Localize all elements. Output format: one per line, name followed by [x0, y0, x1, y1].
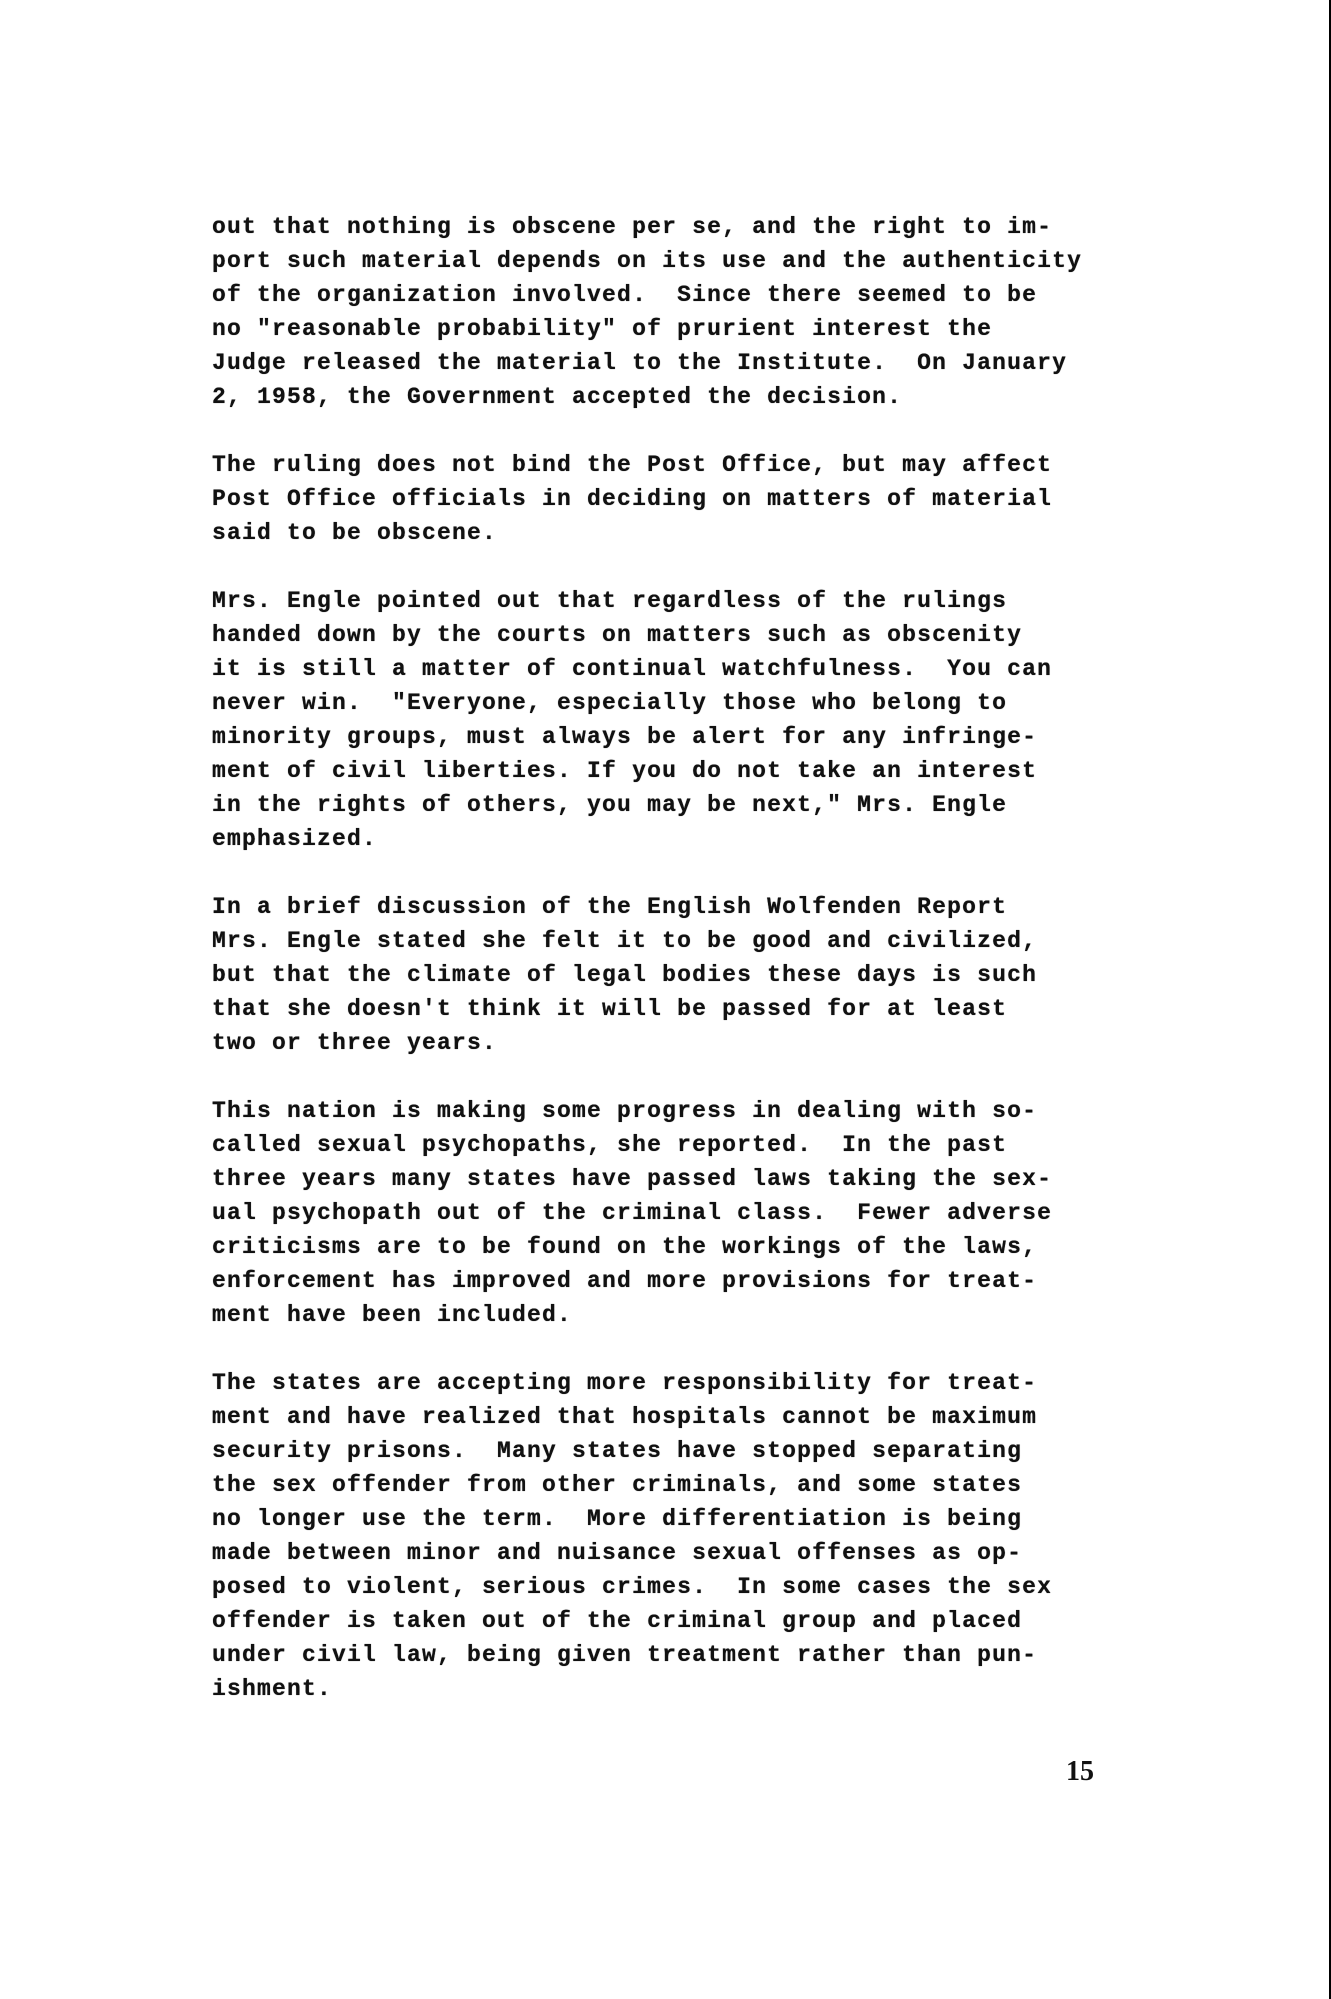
text-line: This nation is making some progress in d… [212, 1094, 1152, 1128]
text-line: ment have been included. [212, 1298, 1152, 1332]
paragraph: The ruling does not bind the Post Office… [212, 448, 1152, 550]
text-line: ment of civil liberties. If you do not t… [212, 754, 1152, 788]
text-line: criticisms are to be found on the workin… [212, 1230, 1152, 1264]
paragraph: In a brief discussion of the English Wol… [212, 890, 1152, 1060]
text-line: The ruling does not bind the Post Office… [212, 448, 1152, 482]
text-line: Post Office officials in deciding on mat… [212, 482, 1152, 516]
body-text: out that nothing is obscene per se, and … [212, 210, 1152, 1740]
text-line: handed down by the courts on matters suc… [212, 618, 1152, 652]
text-line: made between minor and nuisance sexual o… [212, 1536, 1152, 1570]
text-line: the sex offender from other criminals, a… [212, 1468, 1152, 1502]
text-line: emphasized. [212, 822, 1152, 856]
paragraph: The states are accepting more responsibi… [212, 1366, 1152, 1706]
text-line: The states are accepting more responsibi… [212, 1366, 1152, 1400]
text-line: Mrs. Engle stated she felt it to be good… [212, 924, 1152, 958]
paragraph: This nation is making some progress in d… [212, 1094, 1152, 1332]
paragraph: Mrs. Engle pointed out that regardless o… [212, 584, 1152, 856]
text-line: offender is taken out of the criminal gr… [212, 1604, 1152, 1638]
page-number: 15 [1066, 1756, 1094, 1788]
document-page: out that nothing is obscene per se, and … [0, 0, 1331, 1999]
text-line: that she doesn't think it will be passed… [212, 992, 1152, 1026]
text-line: no "reasonable probability" of prurient … [212, 312, 1152, 346]
text-line: of the organization involved. Since ther… [212, 278, 1152, 312]
text-line: but that the climate of legal bodies the… [212, 958, 1152, 992]
text-line: under civil law, being given treatment r… [212, 1638, 1152, 1672]
text-line: posed to violent, serious crimes. In som… [212, 1570, 1152, 1604]
text-line: minority groups, must always be alert fo… [212, 720, 1152, 754]
text-line: never win. "Everyone, especially those w… [212, 686, 1152, 720]
text-line: ment and have realized that hospitals ca… [212, 1400, 1152, 1434]
text-line: ual psychopath out of the criminal class… [212, 1196, 1152, 1230]
text-line: Mrs. Engle pointed out that regardless o… [212, 584, 1152, 618]
text-line: in the rights of others, you may be next… [212, 788, 1152, 822]
text-line: enforcement has improved and more provis… [212, 1264, 1152, 1298]
text-line: In a brief discussion of the English Wol… [212, 890, 1152, 924]
text-line: three years many states have passed laws… [212, 1162, 1152, 1196]
paragraph: out that nothing is obscene per se, and … [212, 210, 1152, 414]
text-line: ishment. [212, 1672, 1152, 1706]
text-line: 2, 1958, the Government accepted the dec… [212, 380, 1152, 414]
text-line: two or three years. [212, 1026, 1152, 1060]
text-line: no longer use the term. More differentia… [212, 1502, 1152, 1536]
text-line: said to be obscene. [212, 516, 1152, 550]
text-line: called sexual psychopaths, she reported.… [212, 1128, 1152, 1162]
text-line: it is still a matter of continual watchf… [212, 652, 1152, 686]
text-line: Judge released the material to the Insti… [212, 346, 1152, 380]
text-line: out that nothing is obscene per se, and … [212, 210, 1152, 244]
text-line: security prisons. Many states have stopp… [212, 1434, 1152, 1468]
text-line: port such material depends on its use an… [212, 244, 1152, 278]
